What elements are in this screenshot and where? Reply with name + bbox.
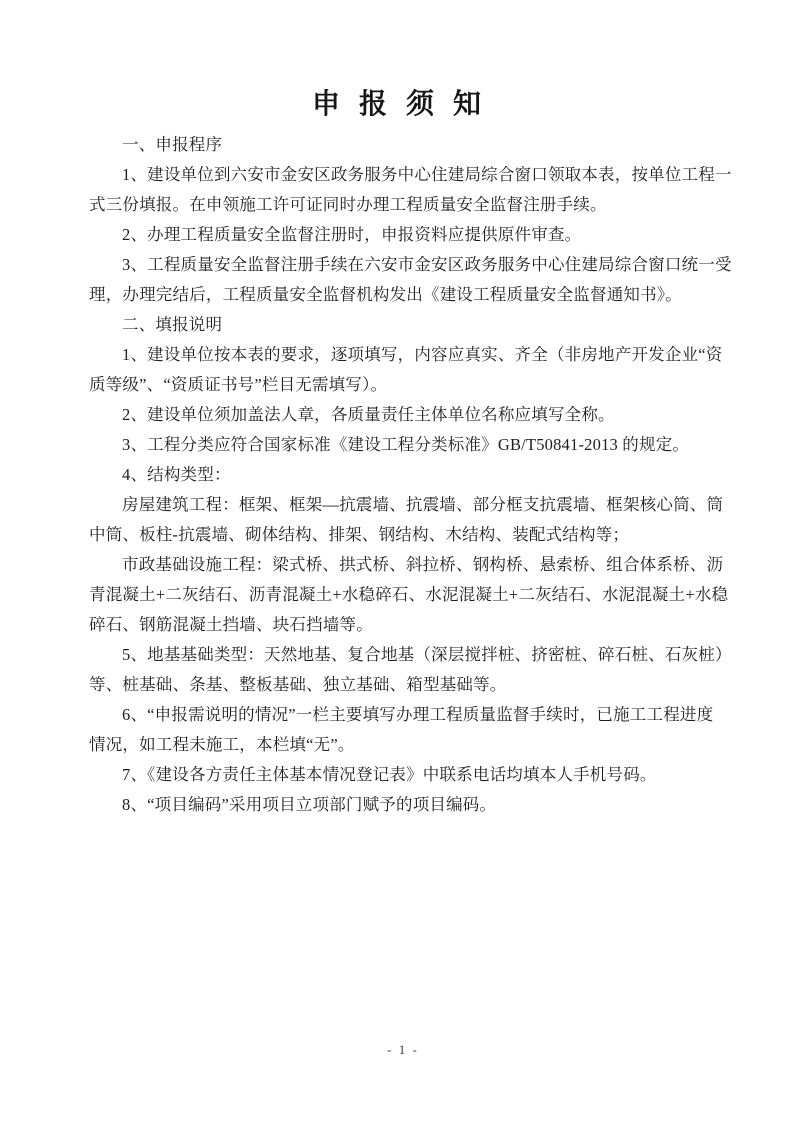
document-line: 情况，如工程未施工，本栏填“无”。 [89, 730, 717, 760]
document-line: 式三份填报。在申领施工许可证同时办理工程质量安全监督注册手续。 [89, 190, 717, 220]
document-line: 房屋建筑工程：框架、框架—抗震墙、抗震墙、部分框支抗震墙、框架核心筒、筒 [89, 490, 717, 520]
document-line: 7、《建设各方责任主体基本情况登记表》中联系电话均填本人手机号码。 [89, 760, 717, 790]
document-line: 质等级”、“资质证书号”栏目无需填写）。 [89, 370, 717, 400]
document-line: 中筒、板柱-抗震墙、砌体结构、排架、钢结构、木结构、装配式结构等； [89, 520, 717, 550]
document-body: 一、申报程序1、建设单位到六安市金安区政务服务中心住建局综合窗口领取本表，按单位… [0, 130, 717, 820]
document-line: 一、申报程序 [89, 130, 717, 160]
document-line: 5、地基基础类型：天然地基、复合地基（深层搅拌桩、挤密桩、碎石桩、石灰桩） [89, 640, 717, 670]
document-line: 1、建设单位按本表的要求，逐项填写，内容应真实、齐全（非房地产开发企业“资 [89, 340, 717, 370]
document-line: 2、办理工程质量安全监督注册时，申报资料应提供原件审查。 [89, 220, 717, 250]
document-line: 等、桩基础、条基、整板基础、独立基础、箱型基础等。 [89, 670, 717, 700]
document-line: 理，办理完结后，工程质量安全监督机构发出《建设工程质量安全监督通知书》。 [89, 280, 717, 310]
document-line: 市政基础设施工程：梁式桥、拱式桥、斜拉桥、钢构桥、悬索桥、组合体系桥、沥 [89, 550, 717, 580]
document-line: 6、“申报需说明的情况”一栏主要填写办理工程质量监督手续时，已施工工程进度 [89, 700, 717, 730]
document-line: 碎石、钢筋混凝土挡墙、块石挡墙等。 [89, 610, 717, 640]
document-page: 申报须知 一、申报程序1、建设单位到六安市金安区政务服务中心住建局综合窗口领取本… [0, 0, 793, 1121]
document-line: 8、“项目编码”采用项目立项部门赋予的项目编码。 [89, 790, 717, 820]
document-line: 青混凝土+二灰结石、沥青混凝土+水稳碎石、水泥混凝土+二灰结石、水泥混凝土+水稳 [89, 580, 717, 610]
document-line: 二、填报说明 [89, 310, 717, 340]
document-line: 3、工程分类应符合国家标准《建设工程分类标准》GB/T50841-2013 的规… [89, 430, 717, 460]
document-line: 4、结构类型： [89, 460, 717, 490]
document-line: 1、建设单位到六安市金安区政务服务中心住建局综合窗口领取本表，按单位工程一 [89, 160, 717, 190]
document-line: 2、建设单位须加盖法人章，各质量责任主体单位名称应填写全称。 [89, 400, 717, 430]
page-number: - 1 - [89, 1042, 717, 1058]
document-title: 申报须知 [0, 0, 793, 119]
document-line: 3、工程质量安全监督注册手续在六安市金安区政务服务中心住建局综合窗口统一受 [89, 250, 717, 280]
